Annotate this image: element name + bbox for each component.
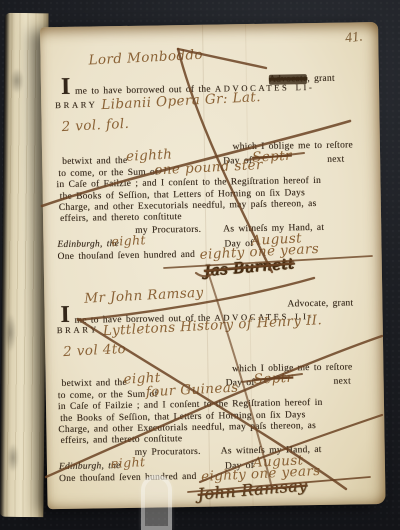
borrower-name: Lord Monboddo bbox=[88, 47, 203, 69]
signed-day-value: eight bbox=[111, 454, 146, 471]
edinburgh-label: Edinburgh, the bbox=[57, 239, 119, 250]
signed-day-value: eight bbox=[111, 232, 146, 249]
advocate-grant-line: Advocate, grant bbox=[287, 298, 353, 309]
book-format: 2 vol 4to bbox=[63, 341, 127, 360]
book-format: 2 vol. fol. bbox=[61, 116, 129, 135]
effeirs-line: effeirs, and thereto conſtitute bbox=[60, 434, 182, 446]
show-through-smudge bbox=[4, 313, 16, 353]
sum-label: to come, or the Sum of bbox=[58, 390, 158, 402]
page-number: 41. bbox=[344, 29, 363, 47]
year-label: One thouſand ſeven hundred and bbox=[59, 472, 197, 484]
show-through-smudge bbox=[10, 68, 24, 94]
sum-label: to come, or the Sum of bbox=[58, 167, 158, 179]
betwixt-label: betwixt and the bbox=[62, 156, 127, 167]
pledge-value: four Guineas bbox=[145, 380, 239, 401]
library-caps-2: brary bbox=[55, 99, 97, 110]
oblige-line: which I oblige me to reſtore bbox=[233, 140, 353, 152]
grant-word: , grant bbox=[326, 298, 354, 308]
betwixt-label: betwixt and the bbox=[62, 378, 127, 389]
year-label: One thouſand ſeven hundred and bbox=[58, 250, 196, 262]
next-label: next bbox=[327, 155, 345, 165]
library-caps-2: brary bbox=[57, 324, 99, 335]
due-month-value: Septr bbox=[253, 370, 294, 388]
next-label: next bbox=[334, 376, 352, 386]
borrow-entry-2: Mr John Ramsay I Advocate, grant me to h… bbox=[44, 286, 385, 507]
advocate-word: Advocate bbox=[287, 299, 326, 310]
manuscript-page: 41. Lord Monboddo I Advocate, grant me t… bbox=[40, 22, 386, 509]
effeirs-line: effeirs, and thereto conſtitute bbox=[60, 212, 182, 224]
form-initial: I bbox=[61, 75, 71, 99]
form-initial: I bbox=[60, 303, 70, 327]
borrow-entry-1: Lord Monboddo I Advocate, grant me to ha… bbox=[40, 48, 382, 291]
page-clip bbox=[141, 475, 172, 530]
show-through-smudge bbox=[7, 443, 19, 473]
